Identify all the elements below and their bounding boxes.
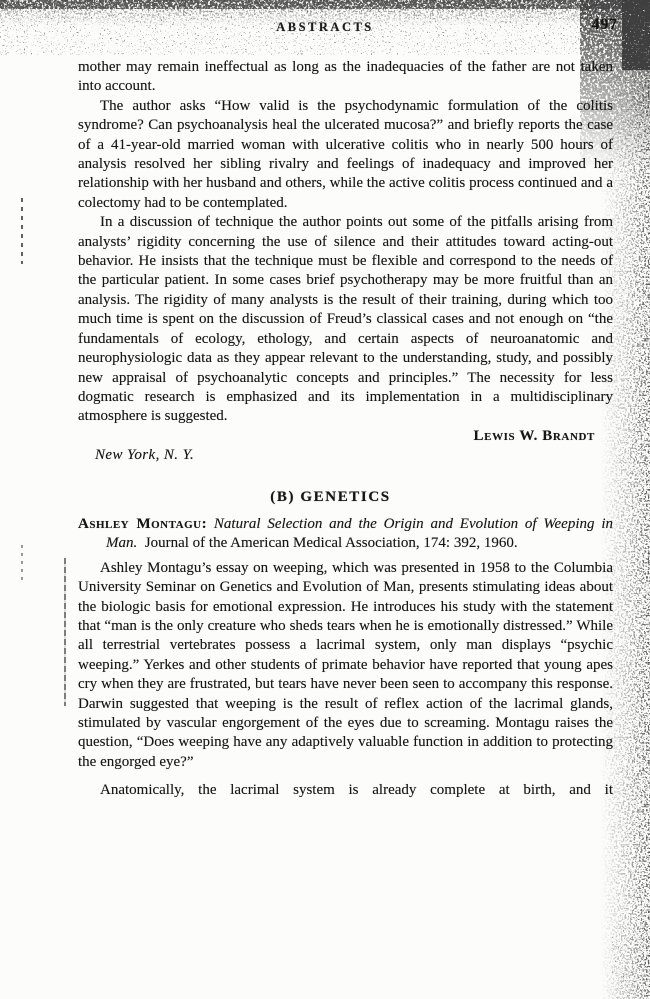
abstracter-signature: Lewis W. Brandt — [78, 427, 613, 446]
scan-artifact-line — [21, 198, 23, 264]
abstract-paragraph-incomplete: Anatomically, the lacrimal system is alr… — [78, 781, 613, 800]
scan-artifact-line — [64, 558, 66, 706]
citation-author: Ashley Montagu: — [78, 516, 207, 532]
section-heading-genetics: (B) GENETICS — [63, 488, 598, 507]
page-number: 497 — [592, 16, 618, 34]
scanned-journal-page: ABSTRACTS 497 mother may remain ineffect… — [0, 0, 650, 999]
article-citation: Ashley Montagu: Natural Selection and th… — [78, 515, 613, 554]
citation-journal-source: Journal of the American Medical Associat… — [145, 535, 518, 551]
abstract-paragraph: In a discussion of technique the author … — [78, 213, 613, 426]
abstract-paragraph: The author asks “How valid is the psycho… — [78, 97, 613, 213]
abstracter-location: New York, N. Y. — [95, 446, 613, 465]
scan-artifact-line — [21, 545, 23, 583]
running-head-title: ABSTRACTS — [0, 20, 650, 35]
abstract-paragraph: Ashley Montagu’s essay on weeping, which… — [78, 559, 613, 772]
abstract-paragraph-continuation: mother may remain ineffectual as long as… — [78, 58, 613, 97]
page-body: mother may remain ineffectual as long as… — [78, 58, 613, 801]
